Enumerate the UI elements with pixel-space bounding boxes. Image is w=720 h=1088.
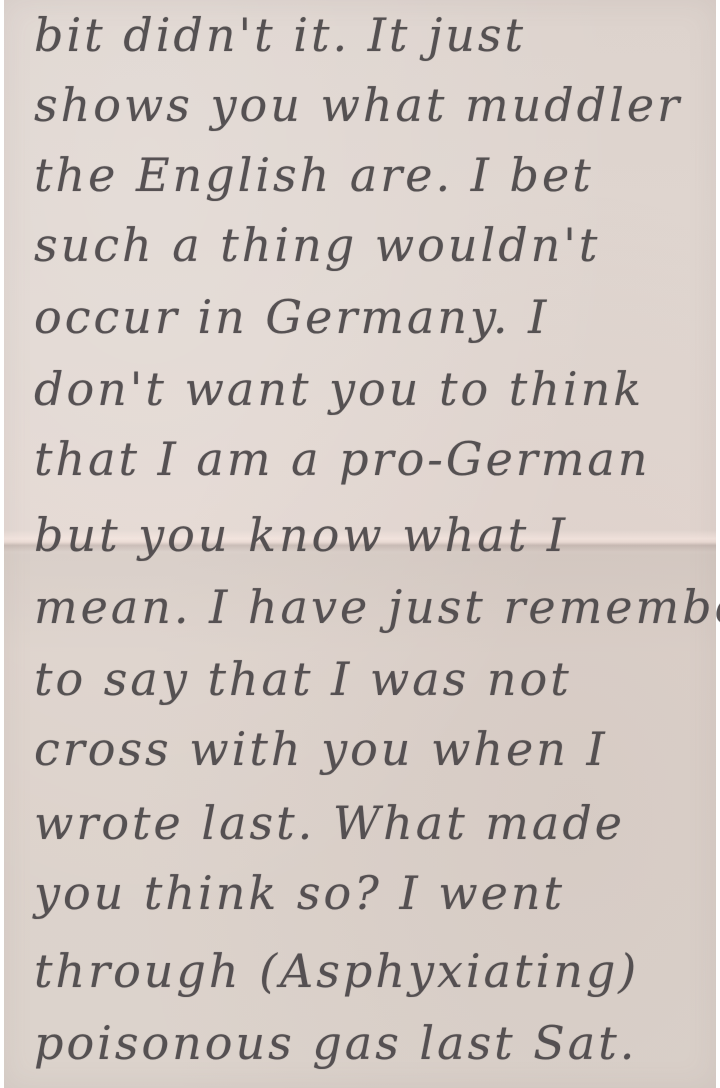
handwritten-line-6: don't want you to think: [34, 362, 644, 416]
handwritten-line-10: to say that I was not: [34, 652, 572, 706]
handwritten-line-8: but you know what I: [34, 508, 568, 562]
scanned-page: bit didn't it. It just shows you what mu…: [0, 0, 720, 1088]
handwritten-line-7: that I am a pro-German: [34, 432, 650, 486]
handwritten-line-13: you think so? I went: [34, 866, 565, 920]
handwritten-line-4: such a thing wouldn't: [34, 218, 600, 272]
handwritten-line-2: shows you what muddler: [34, 78, 682, 132]
handwritten-line-12: wrote last. What made: [34, 796, 625, 850]
handwritten-line-15: poisonous gas last Sat.: [34, 1016, 637, 1070]
handwritten-line-5: occur in Germany. I: [34, 290, 549, 344]
handwritten-text-block: bit didn't it. It just shows you what mu…: [4, 0, 716, 1088]
handwritten-line-9: mean. I have just remember: [34, 580, 720, 634]
handwritten-line-14: through (Asphyxiating): [34, 944, 639, 998]
handwritten-line-1: bit didn't it. It just: [34, 8, 526, 62]
handwritten-line-3: the English are. I bet: [34, 148, 594, 202]
handwritten-line-11: cross with you when I: [34, 722, 608, 776]
